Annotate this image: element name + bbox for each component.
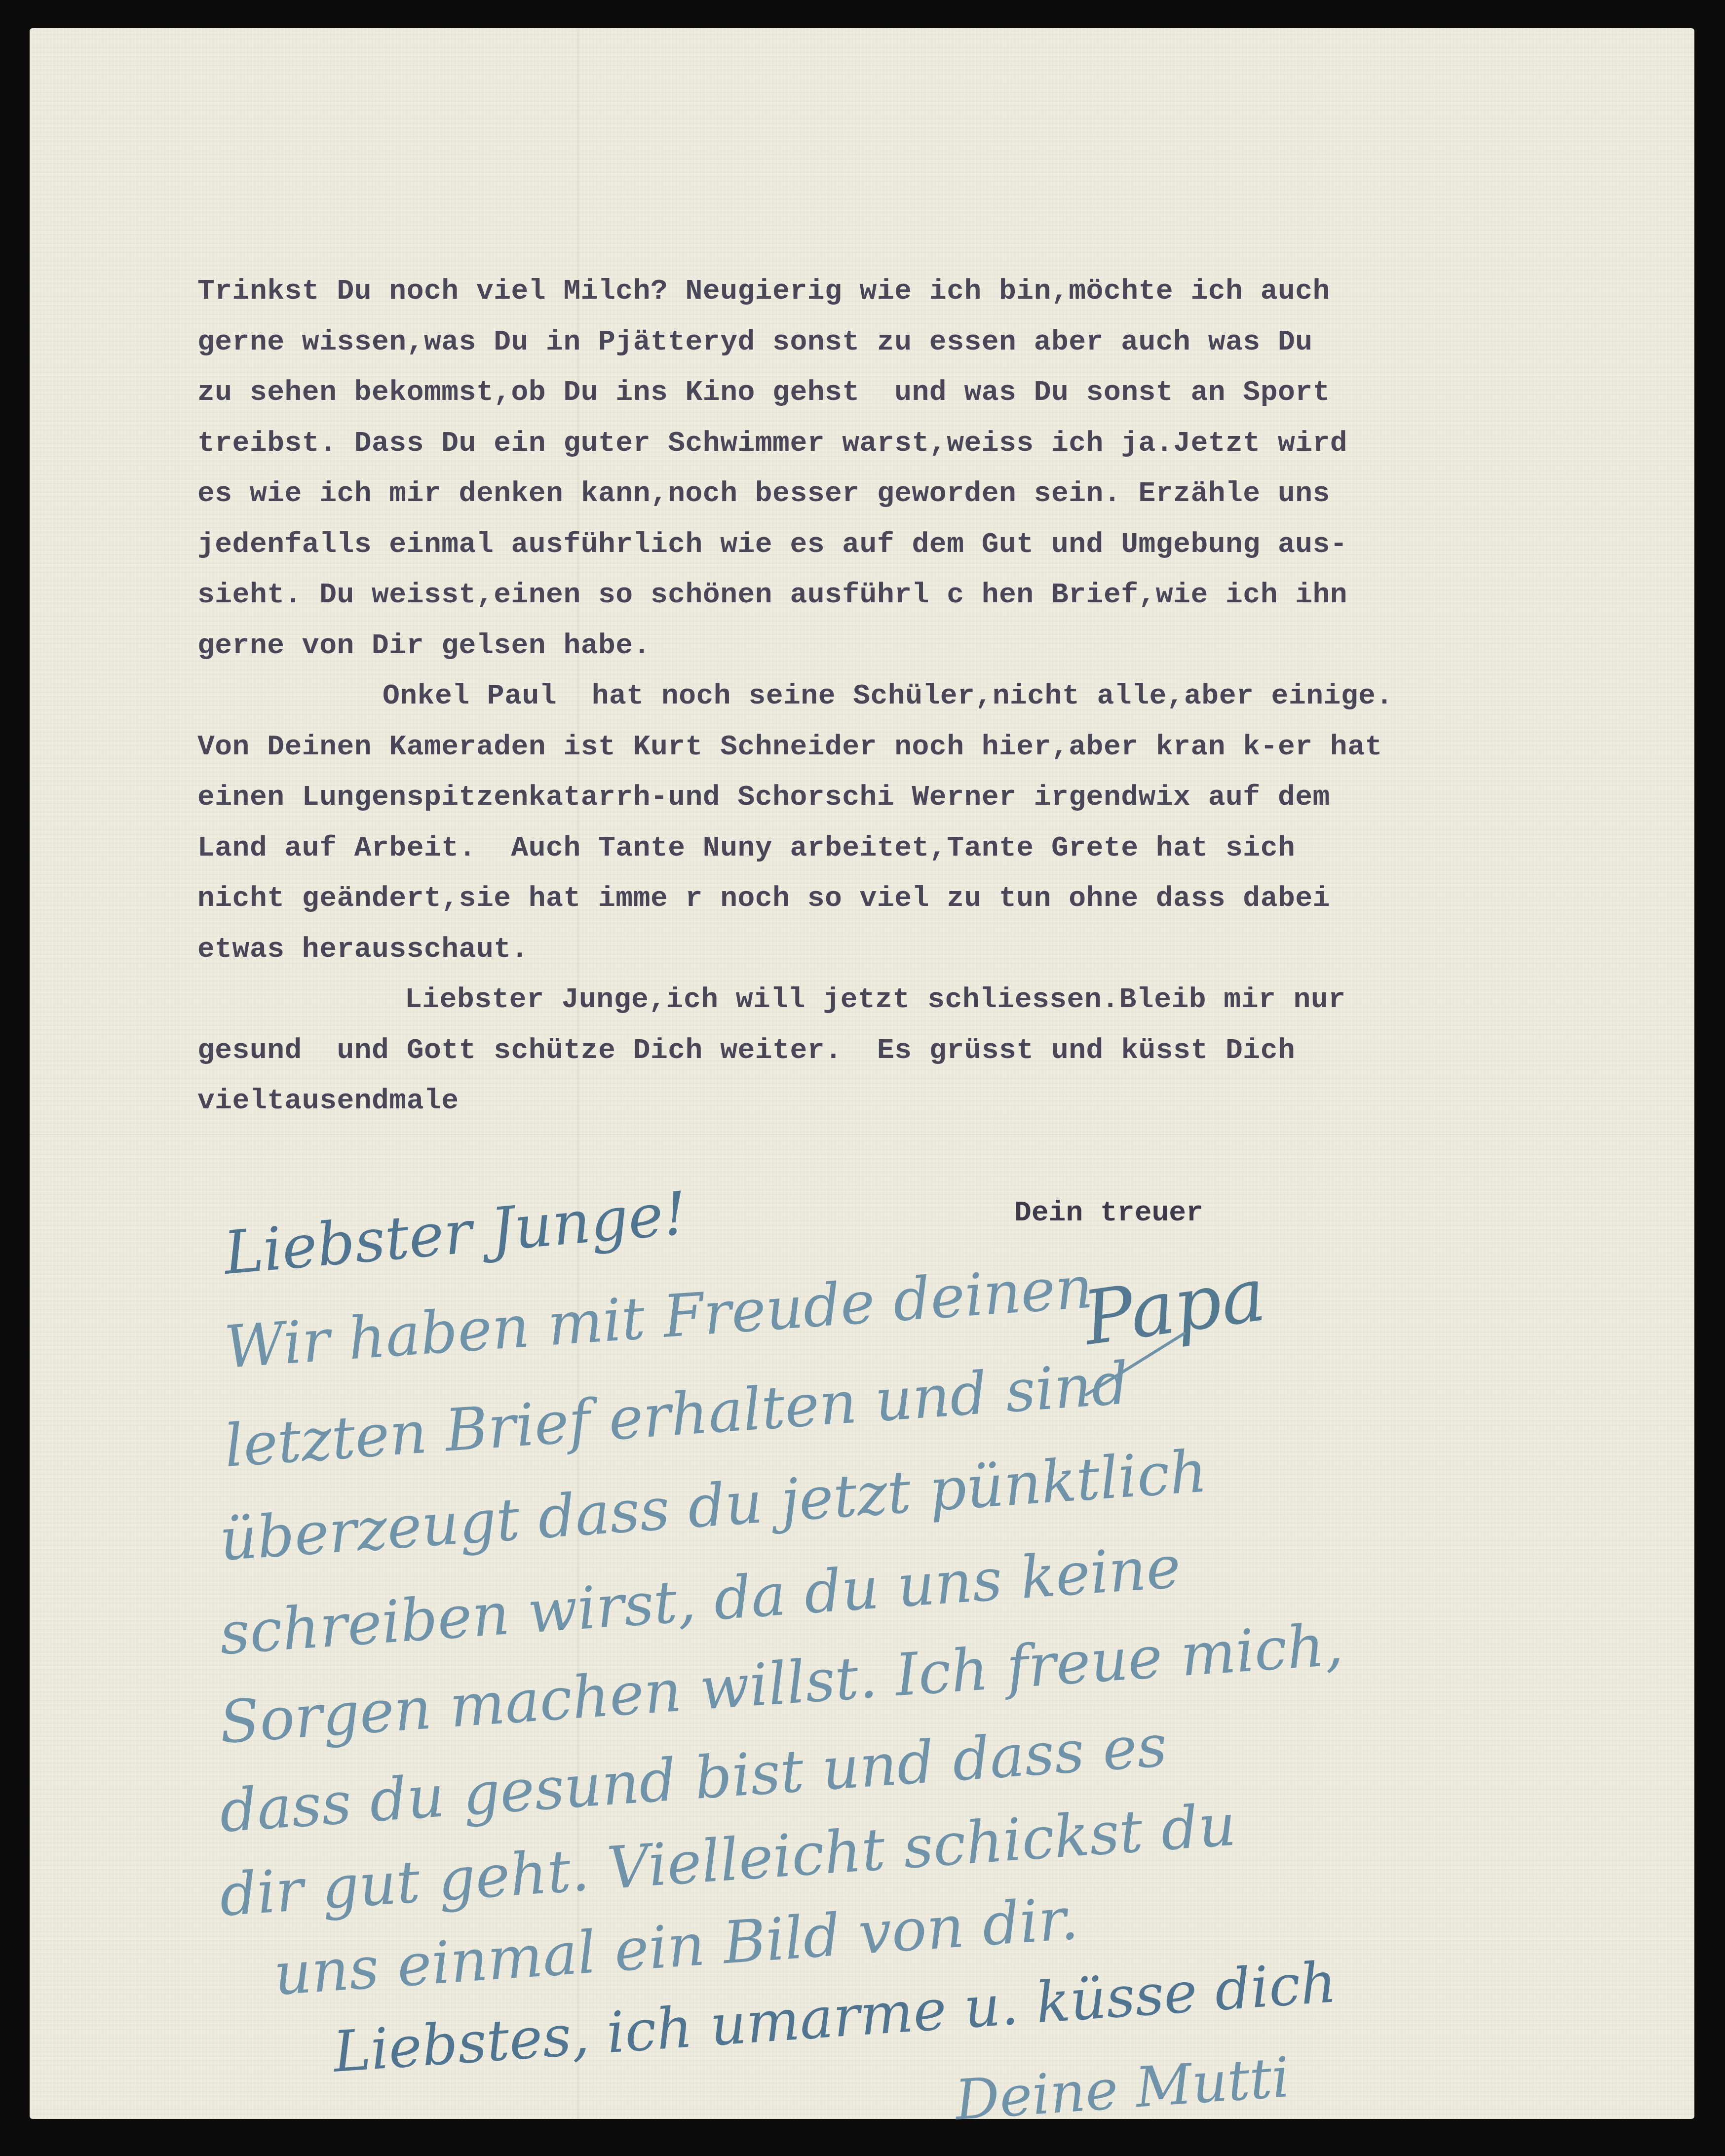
typed-line: Onkel Paul hat noch seine Schüler,nicht … — [197, 671, 1540, 722]
typed-line: einen Lungenspitzenkatarrh-und Schorschi… — [197, 773, 1540, 823]
typed-closing: Dein treuer — [1014, 1197, 1203, 1229]
typed-line: Land auf Arbeit. Auch Tante Nuny arbeite… — [197, 823, 1540, 874]
paper-fold-horizontal — [30, 1134, 1694, 1135]
typed-line: jedenfalls einmal ausführlich wie es auf… — [197, 520, 1540, 571]
typed-line: sieht. Du weisst,einen so schönen ausfüh… — [197, 570, 1540, 621]
typed-line: gesund und Gott schütze Dich weiter. Es … — [197, 1026, 1540, 1077]
typed-line: etwas herausschaut. — [197, 925, 1540, 976]
typed-letter-body: Trinkst Du noch viel Milch? Neugierig wi… — [197, 267, 1540, 1127]
typed-line: nicht geändert,sie hat imme r noch so vi… — [197, 874, 1540, 925]
typed-line: Liebster Junge,ich will jetzt schliessen… — [197, 975, 1540, 1026]
typed-line: vieltausendmale — [197, 1076, 1540, 1127]
typed-line: Trinkst Du noch viel Milch? Neugierig wi… — [197, 267, 1540, 317]
typed-line: Von Deinen Kameraden ist Kurt Schneider … — [197, 722, 1540, 773]
typed-line: es wie ich mir denken kann,noch besser g… — [197, 469, 1540, 520]
typed-line: gerne von Dir gelsen habe. — [197, 621, 1540, 672]
typed-line: zu sehen bekommst,ob Du ins Kino gehst u… — [197, 368, 1540, 419]
typed-line: treibst. Dass Du ein guter Schwimmer war… — [197, 419, 1540, 470]
typed-line: gerne wissen,was Du in Pjätteryd sonst z… — [197, 317, 1540, 368]
